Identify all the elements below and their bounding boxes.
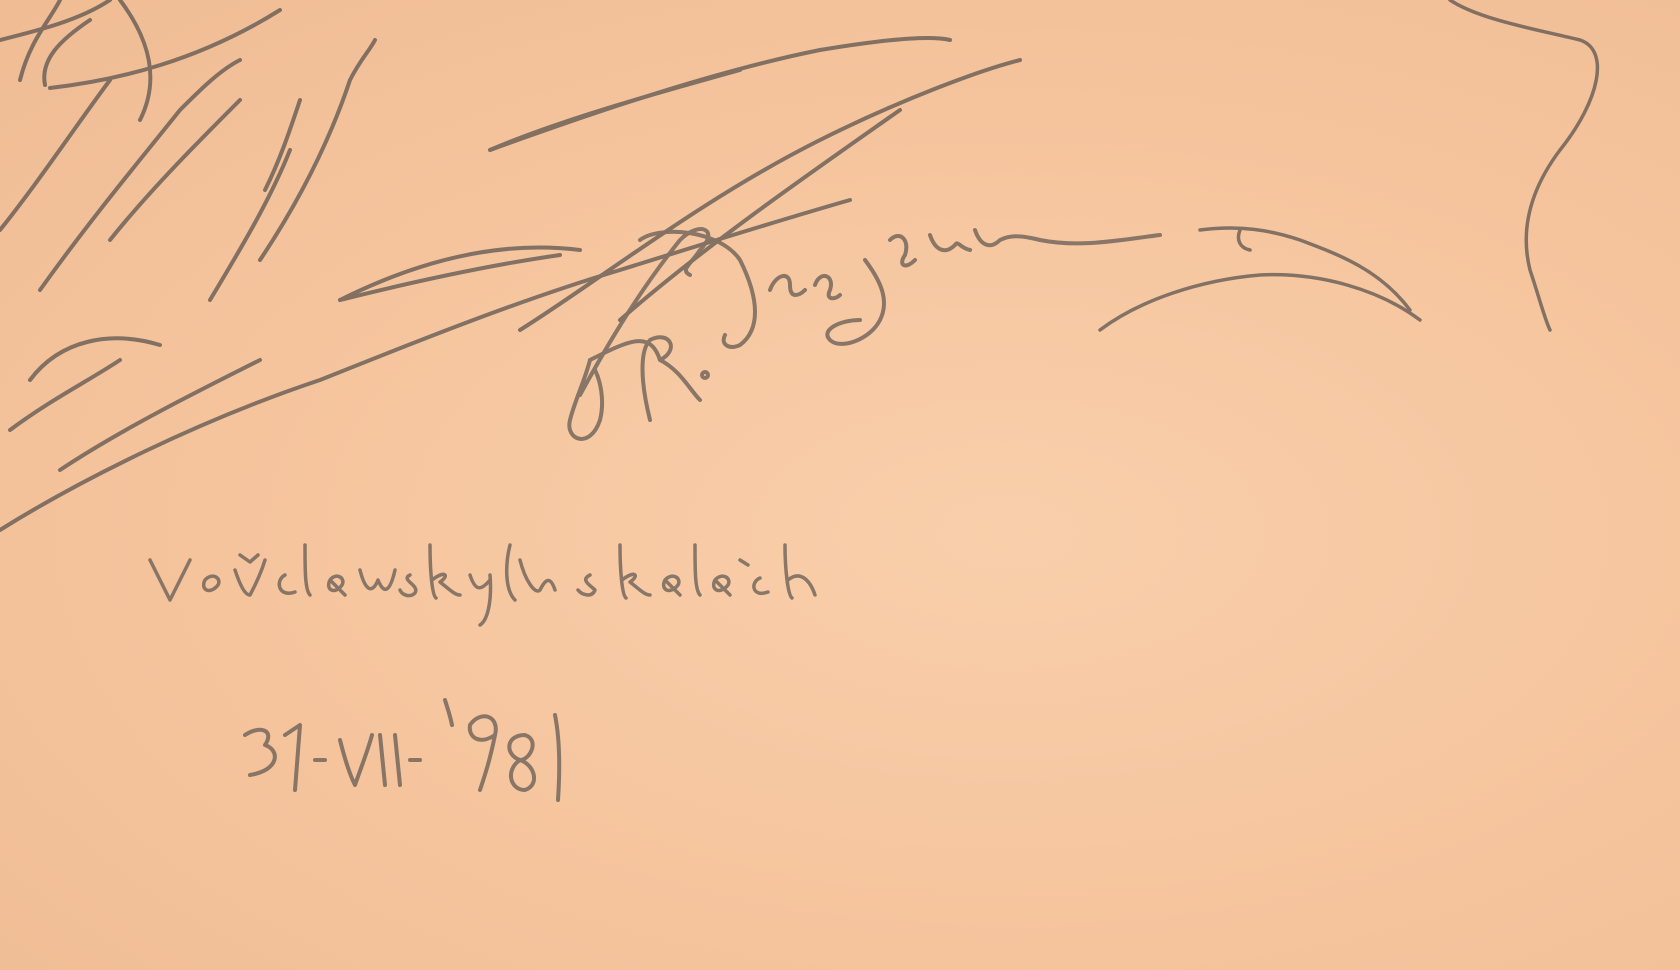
sketch-contour-right [1100,0,1597,330]
pencil-sketch [0,0,1680,970]
inscription-date-strokes [245,700,559,800]
drawing-paper: FR. Drejou v Václavském s Kalách 31-VIII… [0,0,1680,970]
signature-strokes [569,229,1160,439]
sketch-leaf-strokes [340,38,1020,330]
inscription-place-strokes [150,545,815,625]
